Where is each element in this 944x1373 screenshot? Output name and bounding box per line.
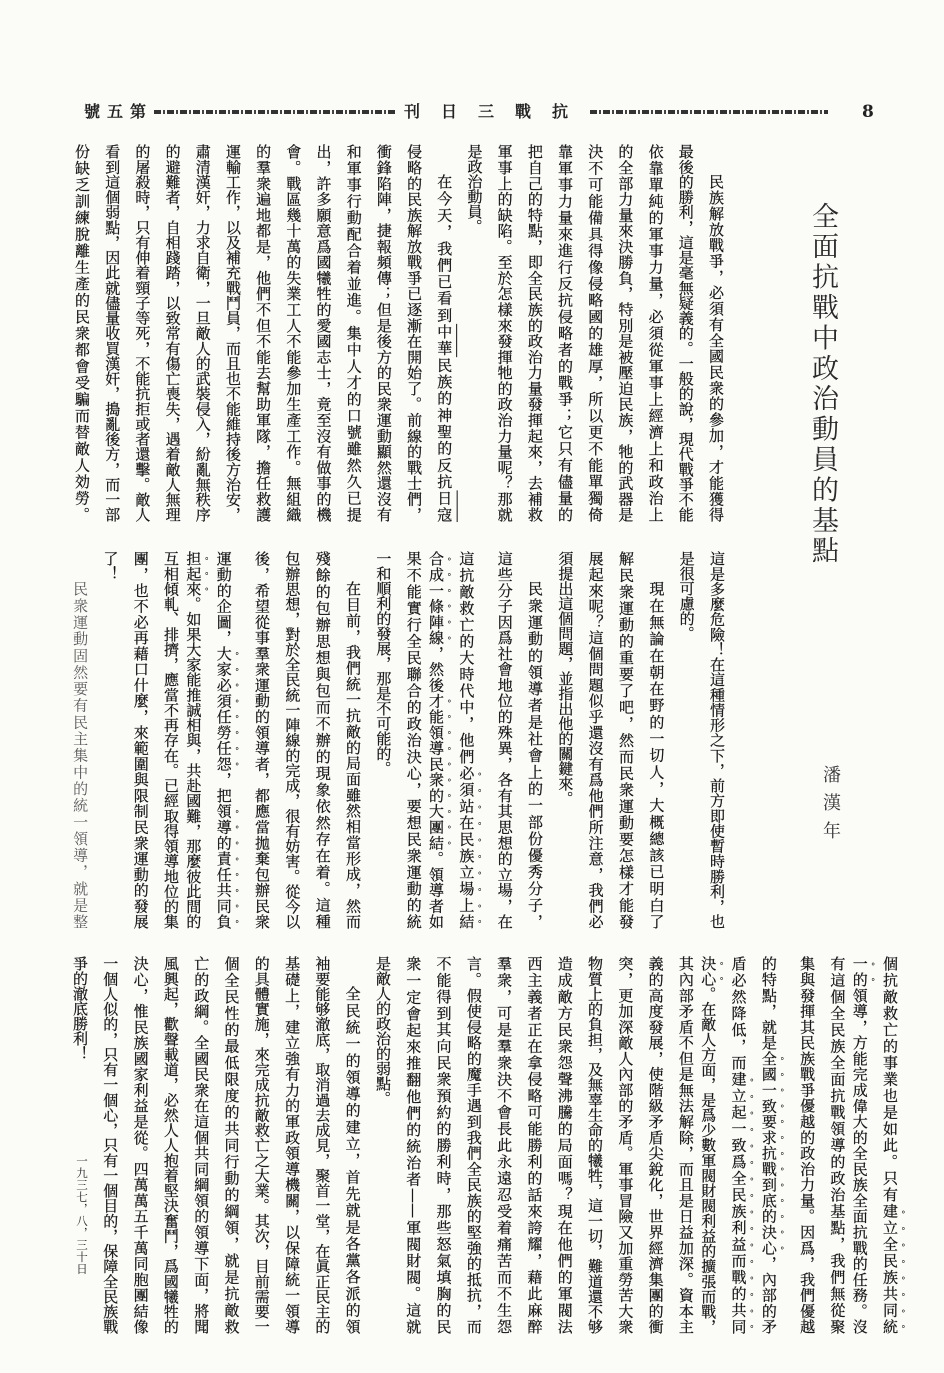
text-column: 爭的澈底勝利！ [70, 956, 90, 1334]
text-column: 造成敵方民衆怨聲沸騰的局面嗎？現在他們的軍閥法 [555, 956, 575, 1334]
text-column: 盾必然降低，而建立起一致爲全民族利益而戰的共同 [737, 956, 757, 1334]
text-column: 風興起，歡聲載道，必然人人抱着堅決奮鬥，爲國犧牲的 [161, 956, 181, 1334]
text-column: 決不可能備具得像侵略國的雄厚，所以更不能單獨倚 [585, 144, 605, 522]
text-column: 的全部力量來決勝負，特別是被壓迫民族，牠的武器是 [615, 144, 635, 522]
text-column: 殘餘的包辦思想與包而不辦的現象依然存在着。這種 [313, 551, 333, 929]
text-column: 其內部矛盾不但是無法解除，而且是日益加深。資本主 [676, 956, 696, 1334]
emphasis-dots: 建立起一致爲全民族利益而戰的共同 [730, 1072, 748, 1335]
text-column: 份缺乏訓練脫離生產的民衆都會受騙而替敵人効勞。 [72, 144, 92, 522]
text-segment: ，內部的矛 [760, 1256, 778, 1334]
text-column: 決心。在敵人方面，是爲少數軍閥財閥利益的擴張而戰， [706, 956, 726, 1334]
text-column: 軍事上的缺陷。至於怎樣來發揮牠的政治力量呢？那就 [495, 144, 515, 522]
header-rule-left [154, 110, 395, 114]
text-column: 不能得到其向民衆預約的勝利時，那些怒氣填胸的民 [434, 956, 454, 1334]
emphasis-dots: 担起來 [184, 551, 202, 596]
issue-number: 第五號 [84, 102, 153, 122]
text-column: 這些分子因爲社會地位的殊異，各有其思想的立場，在 [495, 551, 515, 929]
text-column: 和軍事行動配合着並進。集中人才的口號雖然久已提 [344, 144, 364, 522]
text-column: 個抗敵救亡的事業也是如此。只有建立全民族共同統 [888, 956, 908, 1334]
text-segment: ，然後 [427, 646, 445, 693]
text-column: 一個人似的，只有一個心，只有一個目的，保障全民族戰 [100, 956, 120, 1334]
text-column: 是很可慮的。 [677, 551, 697, 929]
text-segment: 個抗敵救亡的事業也是如此。只有 [881, 956, 899, 1204]
text-column: 運動的企圖，大家必須任勞任怨，把領導的責任共同負 [222, 551, 242, 929]
text-column: 的避難者，自相踐踏，以致常有傷亡喪失，遇着敵人無理 [163, 144, 183, 522]
text-segment: 。如果大家能推誠相與，共赴國難，那麼彼此間的 [184, 596, 202, 929]
emphasis-dots: 決心 [699, 956, 717, 986]
text-column: 一的領導，方能完成偉大的全民族全面抗戰的任務。沒 [858, 956, 878, 1334]
text-column: 把自己的特點，即全民族的政治力量發揮起來，去補救 [525, 144, 545, 522]
text-band-middle: 這是多麼危險！在這種情形之下，前方即使暫時勝利，也 是很可慮的。 現在無論在朝在… [0, 551, 944, 929]
text-column: 羣衆，可是羣衆決不會長此永遠忍受着痛苦而不生怨 [494, 956, 514, 1334]
text-column: 互相傾軋、排擠，應當不再存在。已經取得領導地位的集 [161, 551, 181, 929]
proper-noun-mark: 日寇 [435, 490, 453, 522]
text-column: 的具體實施，來完成抗敵救亡之大業。其次，目前需要一 [252, 956, 272, 1334]
emphasis-dots: 全國一致要求抗戰到底的決心 [760, 1051, 778, 1256]
publication-name: 抗戰三日刊 [404, 102, 589, 122]
text-column: 靠軍事力量來進行反抗侵略者的戰爭；它只有儘量的 [555, 144, 575, 522]
text-column: 担起來。如果大家能推誠相與，共赴國難，那麼彼此間的 [191, 551, 211, 929]
emphasis-dots: 一的 [851, 956, 869, 988]
text-column: 依靠單純的軍事力量，必須從軍事上經濟上和政治上 [646, 144, 666, 522]
text-segment: 。領導者如 [427, 851, 445, 929]
text-column: 個全民性的最低限度的共同行動的綱領，就是抗敵救 [221, 956, 241, 1334]
emphasis-dots: 大家必須任勞任怨 [215, 646, 233, 772]
text-column: 運輸工作，以及補充戰鬥員，而且也不能維持後方治安， [223, 144, 243, 522]
text-column: 出，許多願意爲國犧牲的愛國志士，竟至沒有做事的機 [314, 144, 334, 522]
text-segment: 盾必然降低，而 [730, 956, 748, 1072]
text-column: 展起來呢？這個問題似乎還沒有爲他們所注意，我們必 [586, 551, 606, 929]
text-column: 解民衆運動的重要了吧，然而民衆運動要怎樣才能發 [616, 551, 636, 929]
text-column: 西主義者正在拿侵略可能勝利的話來誇耀，藉此麻醉 [524, 956, 544, 1334]
text-column: 突，更加深敵人內部的矛盾。軍事冒險又加重勞苦大衆 [615, 956, 635, 1334]
text-column: 這抗敵救亡的大時代中，他們必須站在民族立場上結 [464, 551, 484, 929]
text-column: 侵略的民族解放戰爭已逐漸在開始了。前線的戰士們， [404, 144, 424, 522]
emphasis-dots: 合成一條陣線 [427, 551, 445, 646]
emphasis-dots: 才能領導民衆的大團結 [427, 693, 445, 851]
text-column: 的特點，就是全國一致要求抗戰到底的決心，內部的矛 [767, 956, 787, 1334]
emphasis-dots: 領導的責任共同負 [215, 804, 233, 929]
text-column: 袖要能够澈底，取消過去成見，聚首一堂，在眞正民主的 [312, 956, 332, 1334]
article-date: 一九三七，八，三十日 [72, 1155, 92, 1275]
text-column: 衝鋒陷陣，捷報頻傳；但是後方的民衆運動顯然還沒有 [374, 144, 394, 522]
text-column: 果不能實行全民聯合的政治決心，要想民衆運動的統 [404, 551, 424, 929]
text-column: 集與發揮其民族戰爭優越的政治力量。因爲，我們優越 [797, 956, 817, 1334]
text-column: 肅清漢奸，力求自衛，一旦敵人的武裝侵入，紛亂無秩序 [193, 144, 213, 522]
text-column: 合成一條陣線，然後才能領導民衆的大團結。領導者如 [434, 551, 454, 929]
text-band-lower: 個抗敵救亡的事業也是如此。只有建立全民族共同統 一的領導，方能完成偉大的全民族全… [0, 956, 944, 1334]
header-rule-right [590, 110, 828, 114]
text-column: 在目前，我們統一抗敵的局面雖然相當形成，然而 [343, 551, 363, 929]
text-column: 看到這個弱點，因此就儘量收買漢奸，搗亂後方，而一部 [102, 144, 122, 522]
text-segment: 運動的企圖， [215, 551, 233, 646]
text-column: 須提出這個問題，並指出他的關鍵來。 [555, 551, 575, 929]
text-column: 包辦思想，對於全民統一陣線的完成，很有妨害。從今以 [282, 551, 302, 929]
text-segment: 。在敵人方面，是爲少數軍閥財閥利益的擴張而戰， [699, 986, 717, 1334]
page-number: 8 [862, 102, 874, 122]
text-column: 這是多麼危險！在這種情形之下，前方即使暫時勝利，也 [707, 551, 727, 929]
text-segment: 這抗敵救亡的大時代中，他們 [457, 551, 475, 766]
emphasis-dots: 必須站在民族立場上結 [457, 766, 475, 930]
text-column: 民族解放戰爭，必須有全國民衆的參加，才能獲得 [706, 144, 726, 522]
text-column: 言。假使侵略的魔手遇到我們全民族的堅強的抵抗，而 [464, 956, 484, 1334]
text-column: 後，希望從事羣衆運動的領導者，都應當拋棄包辦民衆 [252, 551, 272, 929]
text-column: 現在無論在朝在野的一切人，大概總該已明白了 [646, 551, 666, 929]
text-column: 衆一定會起來推翻他們的統治者——軍閥財閥。這就 [403, 956, 423, 1334]
text-column: 全民統一的領導的建立，首先就是各黨各派的領 [343, 956, 363, 1334]
text-column: 物質上的負担，及無辜生命的犧牲，這一切，難道還不够 [585, 956, 605, 1334]
text-column: 一和順利的發展，那是不可能的。 [373, 551, 393, 929]
text-column: 了！ [100, 551, 120, 929]
text-column: 的羣衆遍地都是，他們不但不能去幫助軍隊，擔任救護 [253, 144, 273, 522]
text-column: 民衆運動的領導者是社會上的一部份優秀分子， [525, 551, 545, 929]
text-column: 在今天，我們已看到中華民族的神聖的反抗日寇 [434, 144, 454, 522]
text-column: 決心，惟民族國家利益是從。四萬萬五千萬同胞團結像 [131, 956, 151, 1334]
scanned-page: 第五號 抗戰三日刊 8 全面抗戰中政治動員的基點 潘漢年 民族解放戰爭，必須有全… [0, 0, 944, 1373]
text-column: 的屠殺時，只有伸着頸子等死，不能抗拒或者還擊。敵人 [132, 144, 152, 522]
text-column: 最後的勝利，這是毫無疑義的。一般的說，現代戰爭不能 [676, 144, 696, 522]
text-column: 義的高度發展，使階級矛盾尖銳化，世界經濟集團的衝 [646, 956, 666, 1334]
text-segment: 領導，方能完成偉大的全民族全面抗戰的任務。沒 [851, 988, 869, 1334]
text-column: 基礎上，建立強有力的軍政領導機關，以保障統一領導 [282, 956, 302, 1334]
text-column: 民衆運動固然要有民主集中的統一領導，就是整 [70, 551, 90, 929]
text-segment: 民族的神聖的反抗 [435, 357, 453, 490]
text-segment: ，把 [215, 772, 233, 804]
text-column: 團，也不必再藉口什麼，來範圍與限制民衆運動的發展 [131, 551, 151, 929]
text-column: 有這個全民族全面抗戰領導的政治基點，我們無從聚 [827, 956, 847, 1334]
text-segment: 在今天，我們已看到 [435, 174, 453, 324]
text-column: 是政治動員。 [464, 144, 484, 522]
proper-noun-mark: 中華 [435, 324, 453, 357]
emphasis-dots: 建立全民族共同統 [881, 1204, 899, 1335]
text-band-top: 民族解放戰爭，必須有全國民衆的參加，才能獲得 最後的勝利，這是毫無疑義的。一般的… [0, 144, 944, 522]
text-column: 亡的政綱。全國民衆在這個共同綱領的領導下面，將聞 [191, 956, 211, 1334]
text-column: 會。戰區幾十萬的失業工人不能參加生產工作。無組織 [283, 144, 303, 522]
text-column: 是敵人的政治的弱點。 [373, 956, 393, 1334]
text-segment: 的特點，就是 [760, 956, 778, 1051]
